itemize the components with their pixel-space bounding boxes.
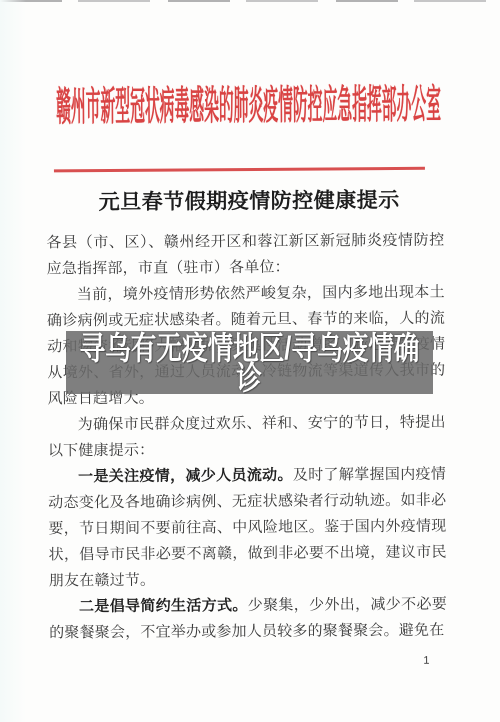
paragraph-intro-tips: 为确保市民群众度过欢乐、祥和、安宁的节日，特提出以下健康提示：	[48, 410, 446, 465]
salutation: 各县（市、区）、赣州经开区和蓉江新区新冠肺炎疫情防控应急指挥部，市直（驻市）各单…	[46, 228, 444, 283]
red-divider-line	[54, 167, 425, 172]
page-number: 1	[423, 655, 429, 667]
office-header-row: 赣州市新型冠状病毒感染的肺炎疫情防控应急指挥部办公室	[0, 81, 499, 130]
paragraph-lead: 一是关注疫情，减少人员流动。	[78, 467, 293, 485]
paragraph-tip-two: 二是倡导简约生活方式。少聚集，少外出，减少不必要的聚餐聚会，不宜举办或参加人员较…	[49, 592, 447, 647]
issuing-office-header: 赣州市新型冠状病毒感染的肺炎疫情防控应急指挥部办公室	[56, 82, 441, 131]
paragraph-tip-one: 一是关注疫情，减少人员流动。及时了解掌握国内疫情动态变化及各地确诊病例、无症状感…	[48, 462, 447, 595]
document-page: 赣州市新型冠状病毒感染的肺炎疫情防控应急指挥部办公室 元旦春节假期疫情防控健康提…	[0, 0, 500, 722]
watermark-text-line2: 诊	[237, 363, 263, 393]
watermark-text-line1: 寻乌有无疫情地区/寻乌疫情确	[80, 333, 420, 363]
notice-title: 元旦春节假期疫情防控健康提示	[0, 183, 499, 216]
paragraph-lead: 二是倡导简约生活方式。	[79, 597, 248, 615]
watermark-overlay: 寻乌有无疫情地区/寻乌疫情确 诊	[66, 331, 433, 394]
notice-body: 各县（市、区）、赣州经开区和蓉江新区新冠肺炎疫情防控应急指挥部，市直（驻市）各单…	[46, 228, 447, 647]
paragraph-text: 为确保市民群众度过欢乐、祥和、安宁的节日，特提出以下健康提示：	[48, 415, 446, 460]
paragraph-text: 及时了解掌握国内疫情动态变化及各地确诊病例、无症状感染者行动轨迹。如非必要，节日…	[48, 467, 446, 590]
